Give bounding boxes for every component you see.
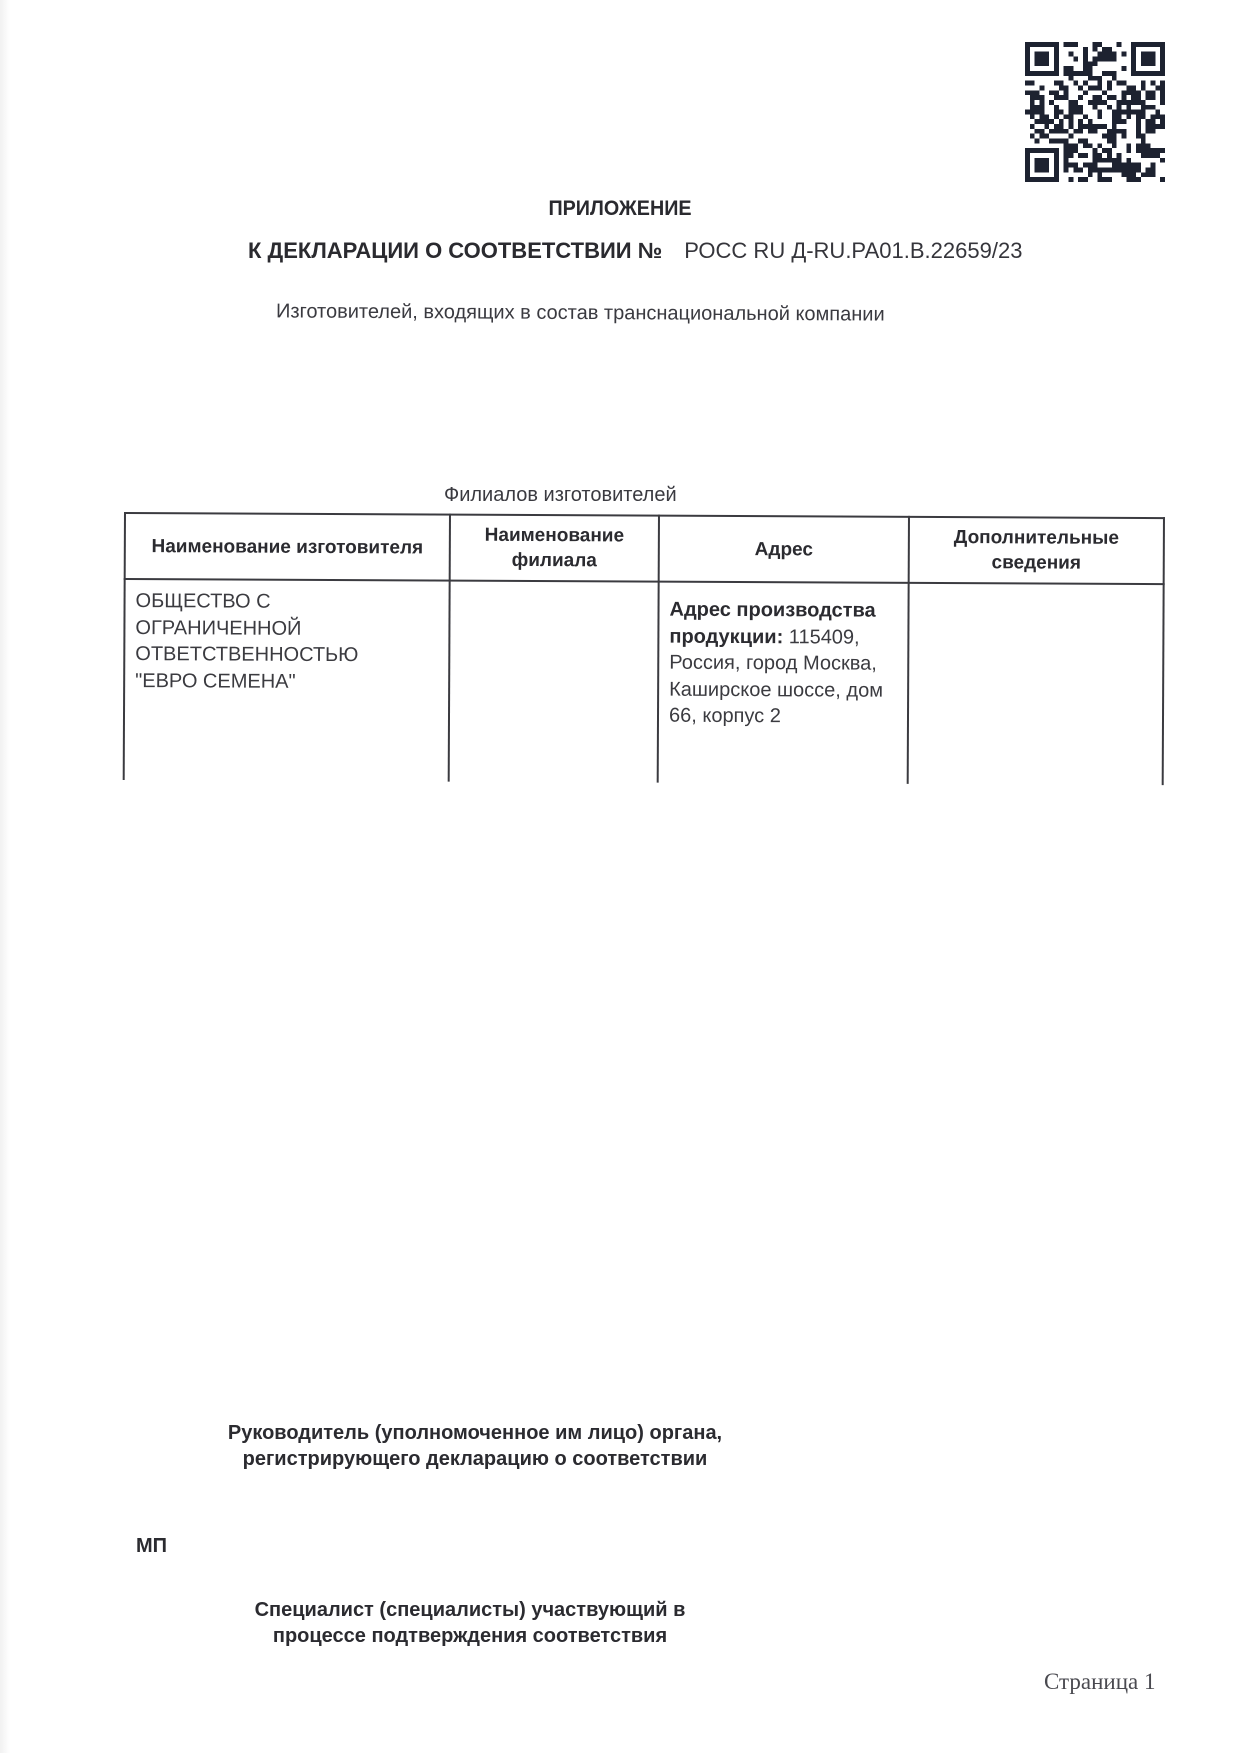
declaration-number: РОСС RU Д-RU.РА01.В.22659/23: [684, 238, 1022, 263]
header-manufacturer: Наименование изготовителя: [126, 518, 449, 576]
branches-table: Наименование изготовителя Наименование ф…: [123, 512, 1165, 785]
stamp-label: МП: [136, 1535, 167, 1558]
header-divider: [124, 578, 1165, 585]
cell-branch: [461, 590, 651, 591]
header-extra: Дополнительные сведения: [910, 522, 1163, 579]
page-edge: [0, 0, 10, 1753]
document-title: ПРИЛОЖЕНИЕ: [263, 197, 977, 221]
page-number: Страница 1: [1044, 1669, 1155, 1695]
header-address: Адрес: [660, 521, 908, 578]
table-caption: Филиалов изготовителей: [444, 484, 677, 507]
cell-address: Адрес производства продукции: 115409, Ро…: [669, 597, 902, 731]
cell-extra: [920, 592, 1156, 593]
specialist-signature-label: Специалист (специалисты) участвующий в п…: [210, 1597, 730, 1649]
qr-code-icon: [1022, 42, 1168, 182]
declaration-line: К ДЕКЛАРАЦИИ О СООТВЕТСТВИИ №РОСС RU Д-R…: [248, 238, 1022, 264]
header-branch: Наименование филиала: [451, 520, 658, 577]
document-subtitle: Изготовителей, входящих в состав трансна…: [276, 300, 885, 326]
declaration-label: К ДЕКЛАРАЦИИ О СООТВЕТСТВИИ №: [248, 238, 662, 264]
cell-manufacturer: ОБЩЕСТВО С ОГРАНИЧЕННОЙ ОТВЕТСТВЕННОСТЬЮ…: [135, 588, 426, 695]
head-signature-label: Руководитель (уполномоченное им лицо) ор…: [220, 1420, 730, 1472]
